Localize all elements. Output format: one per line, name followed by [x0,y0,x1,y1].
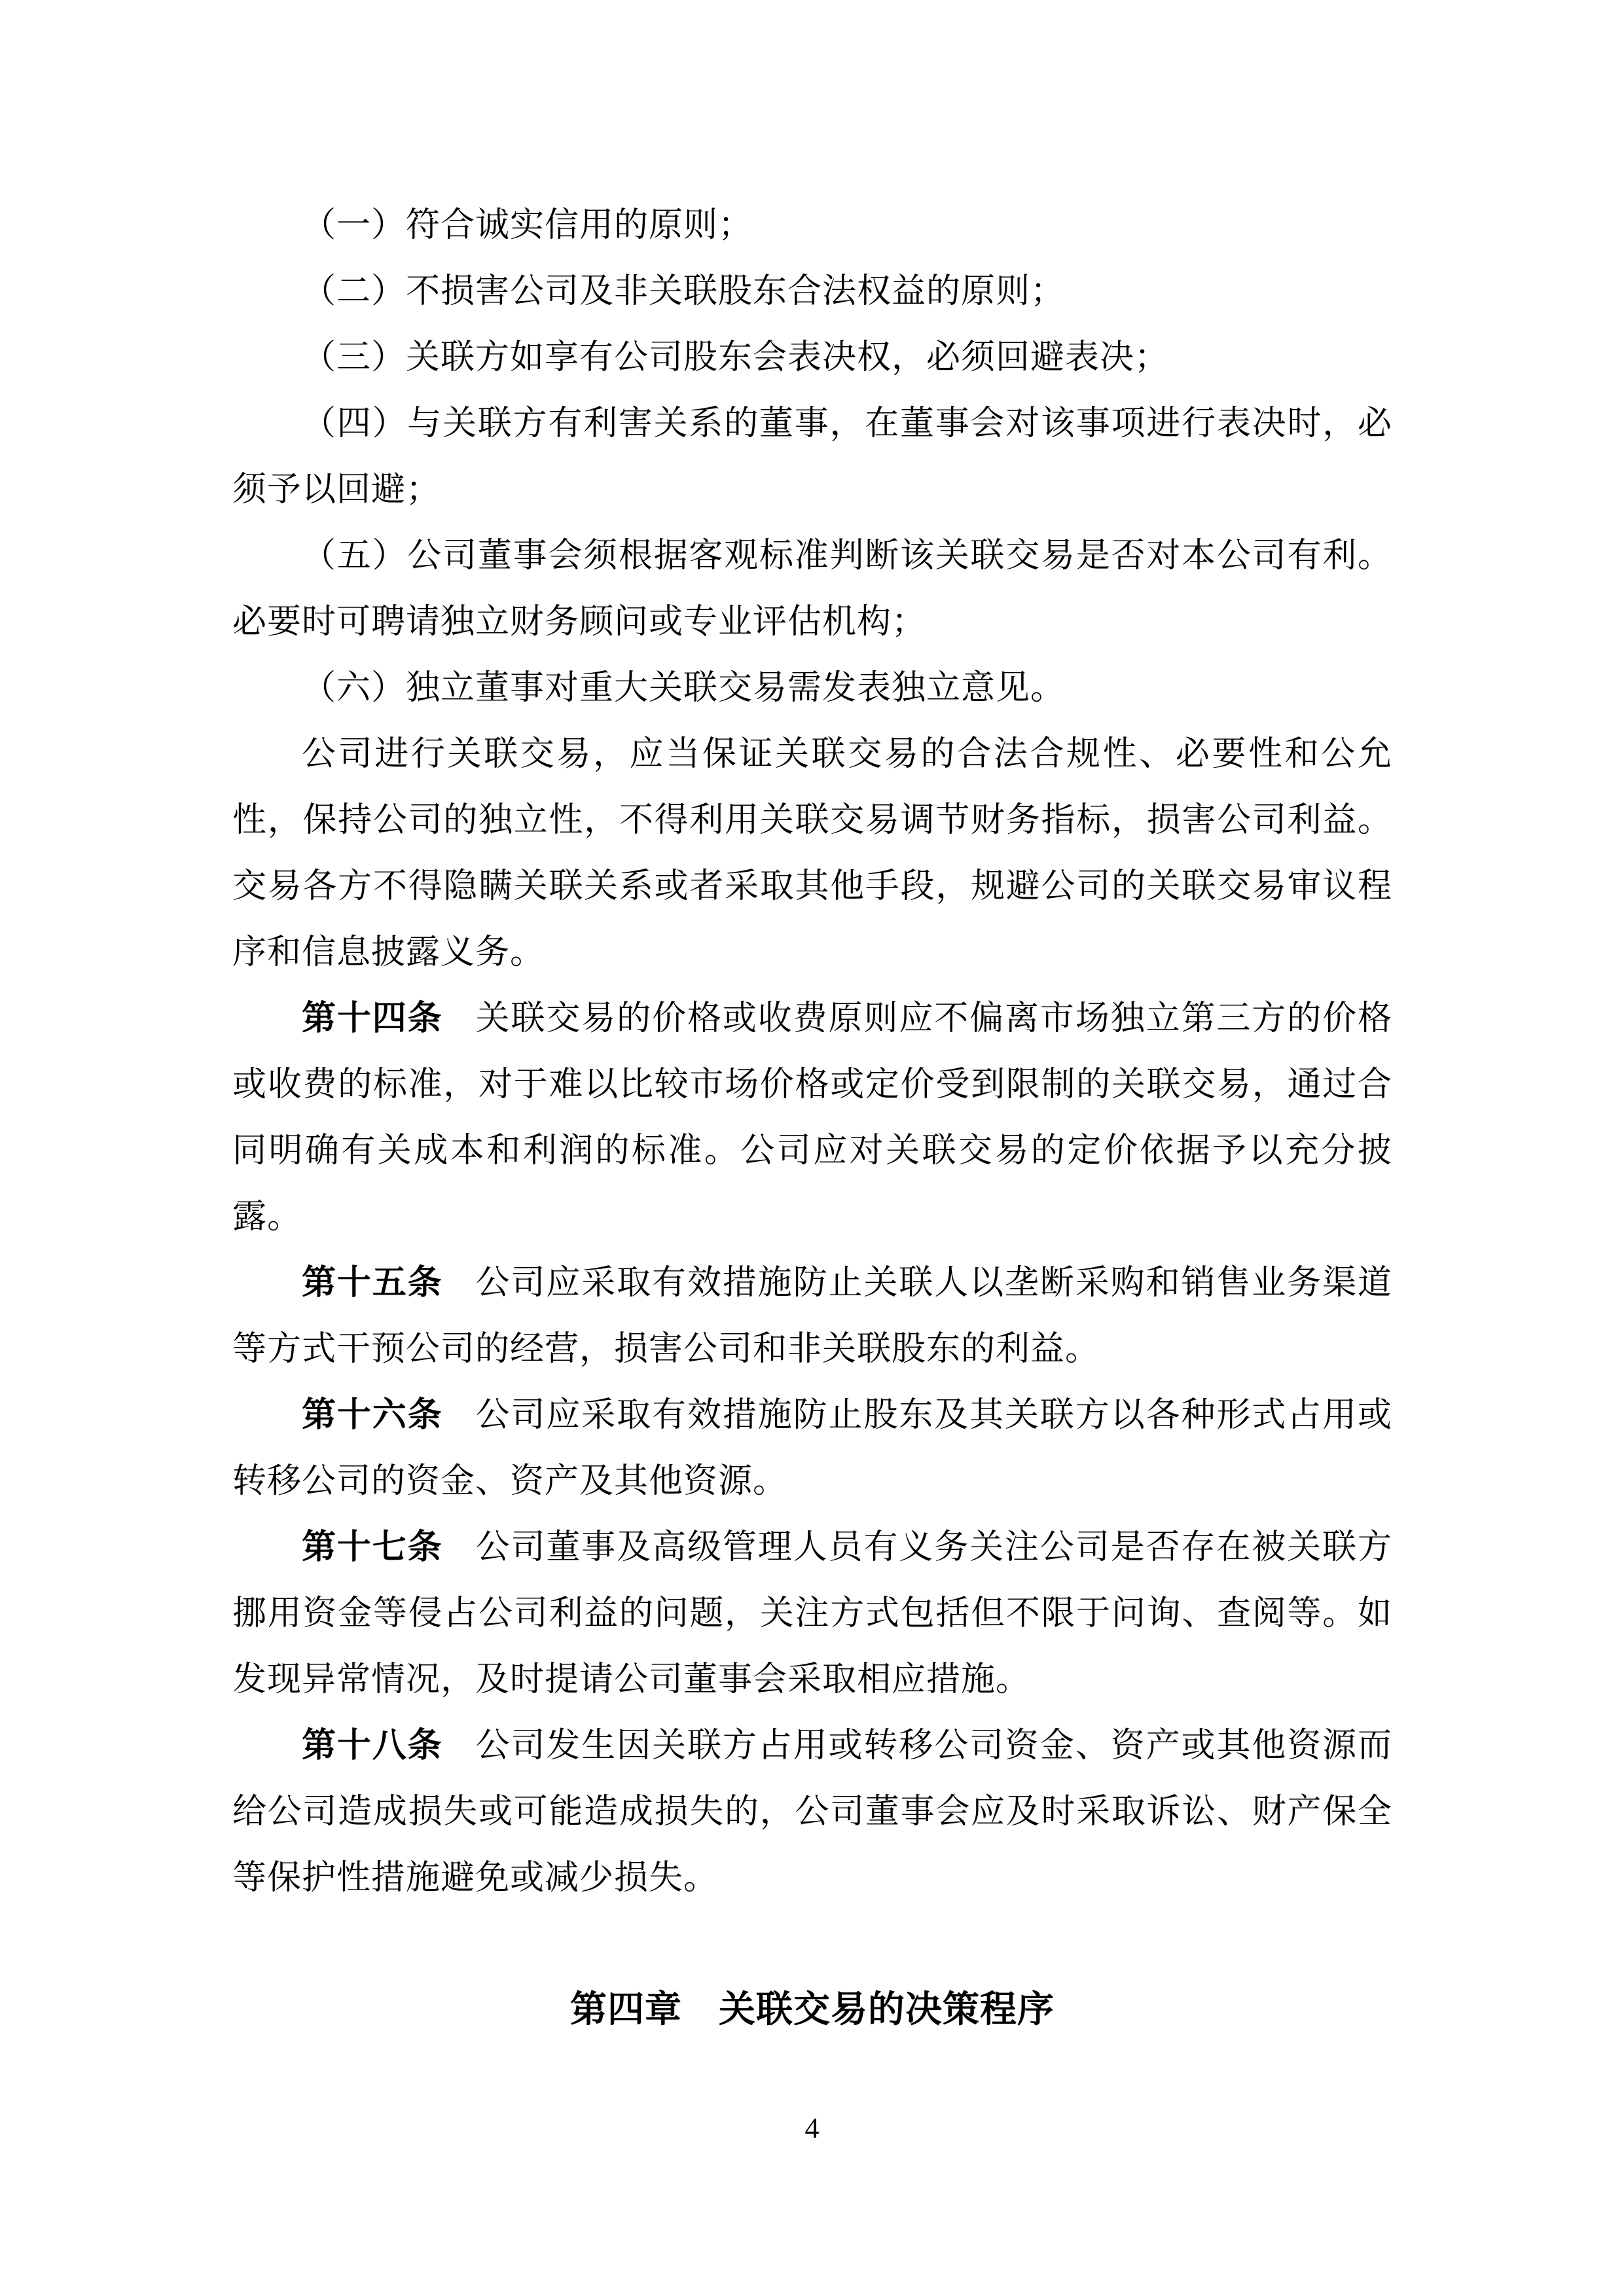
document-body: （一）符合诚实信用的原则； （二）不损害公司及非关联股东合法权益的原则； （三）… [232,192,1392,2043]
article-16: 第十六条公司应采取有效措施防止股东及其关联方以各种形式占用或转移公司的资金、资产… [232,1382,1392,1515]
list-item-5: （五）公司董事会须根据客观标准判断该关联交易是否对本公司有利。必要时可聘请独立财… [232,523,1392,655]
body-paragraph: 公司进行关联交易，应当保证关联交易的合法合规性、必要性和公允性，保持公司的独立性… [232,721,1392,986]
article-15: 第十五条公司应采取有效措施防止关联人以垄断采购和销售业务渠道等方式干预公司的经营… [232,1250,1392,1382]
page-number: 4 [0,2111,1624,2145]
article-18: 第十八条公司发生因关联方占用或转移公司资金、资产或其他资源而给公司造成损失或可能… [232,1713,1392,1911]
article-18-number: 第十八条 [302,1727,443,1765]
chapter-number: 第四章 [570,1990,682,2030]
article-17: 第十七条公司董事及高级管理人员有义务关注公司是否存在被关联方挪用资金等侵占公司利… [232,1515,1392,1713]
list-item-2: （二）不损害公司及非关联股东合法权益的原则； [232,259,1392,325]
chapter-heading: 第四章关联交易的决策程序 [232,1977,1392,2043]
article-16-number: 第十六条 [302,1397,443,1434]
list-item-1: （一）符合诚实信用的原则； [232,192,1392,259]
article-15-number: 第十五条 [302,1265,443,1302]
list-item-3: （三）关联方如享有公司股东会表决权，必须回避表决； [232,325,1392,391]
list-item-4: （四）与关联方有利害关系的董事，在董事会对该事项进行表决时，必须予以回避； [232,391,1392,523]
article-14-number: 第十四条 [302,1000,443,1037]
article-17-number: 第十七条 [302,1529,443,1566]
document-page: （一）符合诚实信用的原则； （二）不损害公司及非关联股东合法权益的原则； （三）… [0,0,1624,2296]
article-14: 第十四条关联交易的价格或收费原则应不偏离市场独立第三方的价格或收费的标准，对于难… [232,986,1392,1250]
list-item-6: （六）独立董事对重大关联交易需发表独立意见。 [232,655,1392,721]
chapter-title: 关联交易的决策程序 [719,1990,1055,2030]
